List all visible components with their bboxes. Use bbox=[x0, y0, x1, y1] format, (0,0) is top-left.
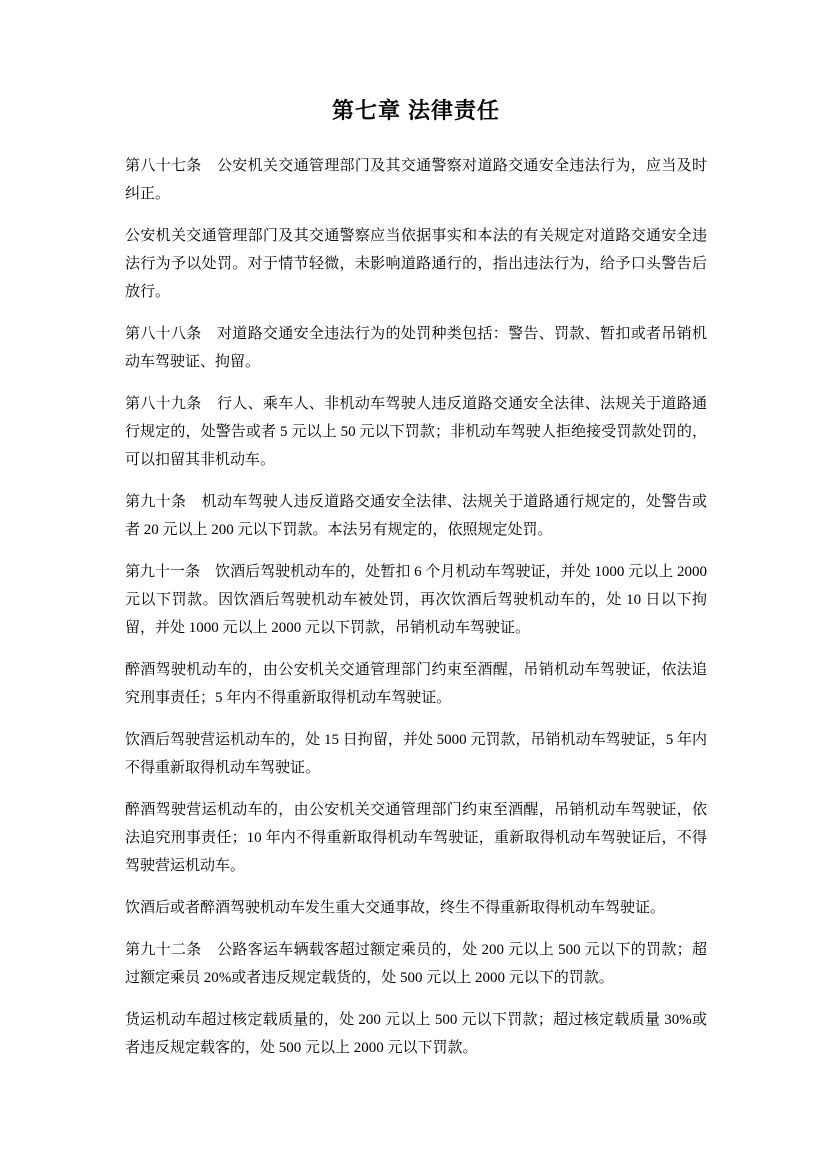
document-page: 第七章 法律责任 第八十七条 公安机关交通管理部门及其交通警察对道路交通安全违法… bbox=[0, 0, 827, 1170]
paragraph-article-87: 第八十七条 公安机关交通管理部门及其交通警察对道路交通安全违法行为，应当及时纠正… bbox=[125, 152, 707, 208]
paragraph-article-91-cont-1: 醉酒驾驶机动车的，由公安机关交通管理部门约束至酒醒，吊销机动车驾驶证，依法追究刑… bbox=[125, 656, 707, 712]
paragraph-article-88: 第八十八条 对道路交通安全违法行为的处罚种类包括：警告、罚款、暂扣或者吊销机动车… bbox=[125, 320, 707, 376]
paragraph-article-91-cont-4: 饮酒后或者醉酒驾驶机动车发生重大交通事故，终生不得重新取得机动车驾驶证。 bbox=[125, 894, 707, 922]
paragraph-article-87-cont: 公安机关交通管理部门及其交通警察应当依据事实和本法的有关规定对道路交通安全违法行… bbox=[125, 222, 707, 306]
paragraph-article-91-cont-2: 饮酒后驾驶营运机动车的，处 15 日拘留，并处 5000 元罚款，吊销机动车驾驶… bbox=[125, 726, 707, 782]
chapter-title: 第七章 法律责任 bbox=[125, 96, 707, 126]
document-body: 第八十七条 公安机关交通管理部门及其交通警察对道路交通安全违法行为，应当及时纠正… bbox=[125, 152, 707, 1062]
paragraph-article-89: 第八十九条 行人、乘车人、非机动车驾驶人违反道路交通安全法律、法规关于道路通行规… bbox=[125, 390, 707, 474]
paragraph-article-90: 第九十条 机动车驾驶人违反道路交通安全法律、法规关于道路通行规定的，处警告或者 … bbox=[125, 488, 707, 544]
paragraph-article-91: 第九十一条 饮酒后驾驶机动车的，处暂扣 6 个月机动车驾驶证，并处 1000 元… bbox=[125, 558, 707, 642]
paragraph-article-91-cont-3: 醉酒驾驶营运机动车的，由公安机关交通管理部门约束至酒醒，吊销机动车驾驶证，依法追… bbox=[125, 796, 707, 880]
paragraph-article-92: 第九十二条 公路客运车辆载客超过额定乘员的，处 200 元以上 500 元以下的… bbox=[125, 936, 707, 992]
paragraph-article-92-cont: 货运机动车超过核定载质量的，处 200 元以上 500 元以下罚款；超过核定载质… bbox=[125, 1006, 707, 1062]
